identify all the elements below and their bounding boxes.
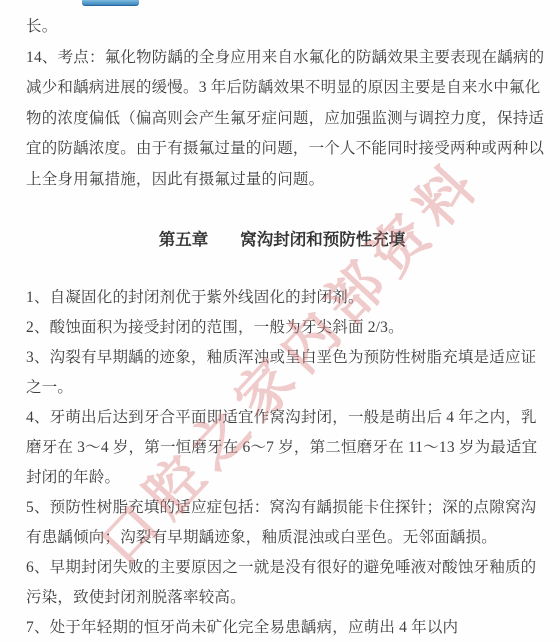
text-line: 长。 xyxy=(26,12,538,43)
text-line: 封闭的年龄。 xyxy=(26,463,538,493)
text-line: 1、自凝固化的封闭剂优于紫外线固化的封闭剂。 xyxy=(26,283,538,313)
chapter-title: 窝沟封闭和预防性充填 xyxy=(240,230,405,249)
text-line: 4、牙萌出后达到牙合平面即适宜作窝沟封闭，一般是萌出后 4 年之内，乳 xyxy=(26,403,538,433)
text-line: 上全身用氟措施，因此有摄氟过量的问题。 xyxy=(26,165,538,196)
chapter-heading: 第五章窝沟封闭和预防性充填 xyxy=(26,225,538,255)
text-line: 物的浓度偏低（偏高则会产生氟牙症问题，应加强监测与调控力度，保持适 xyxy=(26,104,538,135)
clipped-blue-bar xyxy=(82,0,139,6)
text-line: 之一。 xyxy=(26,373,538,403)
text-line: 磨牙在 3～4 岁，第一恒磨牙在 6～7 岁，第二恒磨牙在 11～13 岁为最适… xyxy=(26,433,538,463)
text-line: 14、考点：氟化物防龋的全身应用来自水氟化的防龋效果主要表现在龋病的 xyxy=(26,43,538,74)
text-line: 减少和龋病进展的缓慢。3 年后防龋效果不明显的原因主要是自来水中氟化 xyxy=(26,73,538,104)
text-line: 污染，致使封闭剂脱落率较高。 xyxy=(26,583,538,613)
document-page: 口腔之家内部资料 长。 14、考点：氟化物防龋的全身应用来自水氟化的防龋效果主要… xyxy=(0,0,560,642)
text-line: 5、预防性树脂充填的适应症包括：窝沟有龋损能卡住探针；深的点隙窝沟 xyxy=(26,493,538,523)
text-line: 2、酸蚀面积为接受封闭的范围，一般为牙尖斜面 2/3。 xyxy=(26,313,538,343)
chapter-number: 第五章 xyxy=(159,230,209,249)
text-line: 3、沟裂有早期龋的迹象，釉质浑浊或呈白垩色为预防性树脂充填是适应证 xyxy=(26,343,538,373)
text-line: 有患龋倾向；沟裂有早期龋迹象，釉质混浊或白垩色。无邻面龋损。 xyxy=(26,523,538,553)
text-line: 6、早期封闭失败的主要原因之一就是没有很好的避免唾液对酸蚀牙釉质的 xyxy=(26,553,538,583)
text-line: 7、处于年轻期的恒牙尚未矿化完全易患龋病，应萌出 4 年以内 xyxy=(26,613,538,642)
text-line: 宜的防龋浓度。由于有摄氟过量的问题，一个人不能同时接受两种或两种以 xyxy=(26,134,538,165)
document-content: 长。 14、考点：氟化物防龋的全身应用来自水氟化的防龋效果主要表现在龋病的 减少… xyxy=(26,12,538,642)
